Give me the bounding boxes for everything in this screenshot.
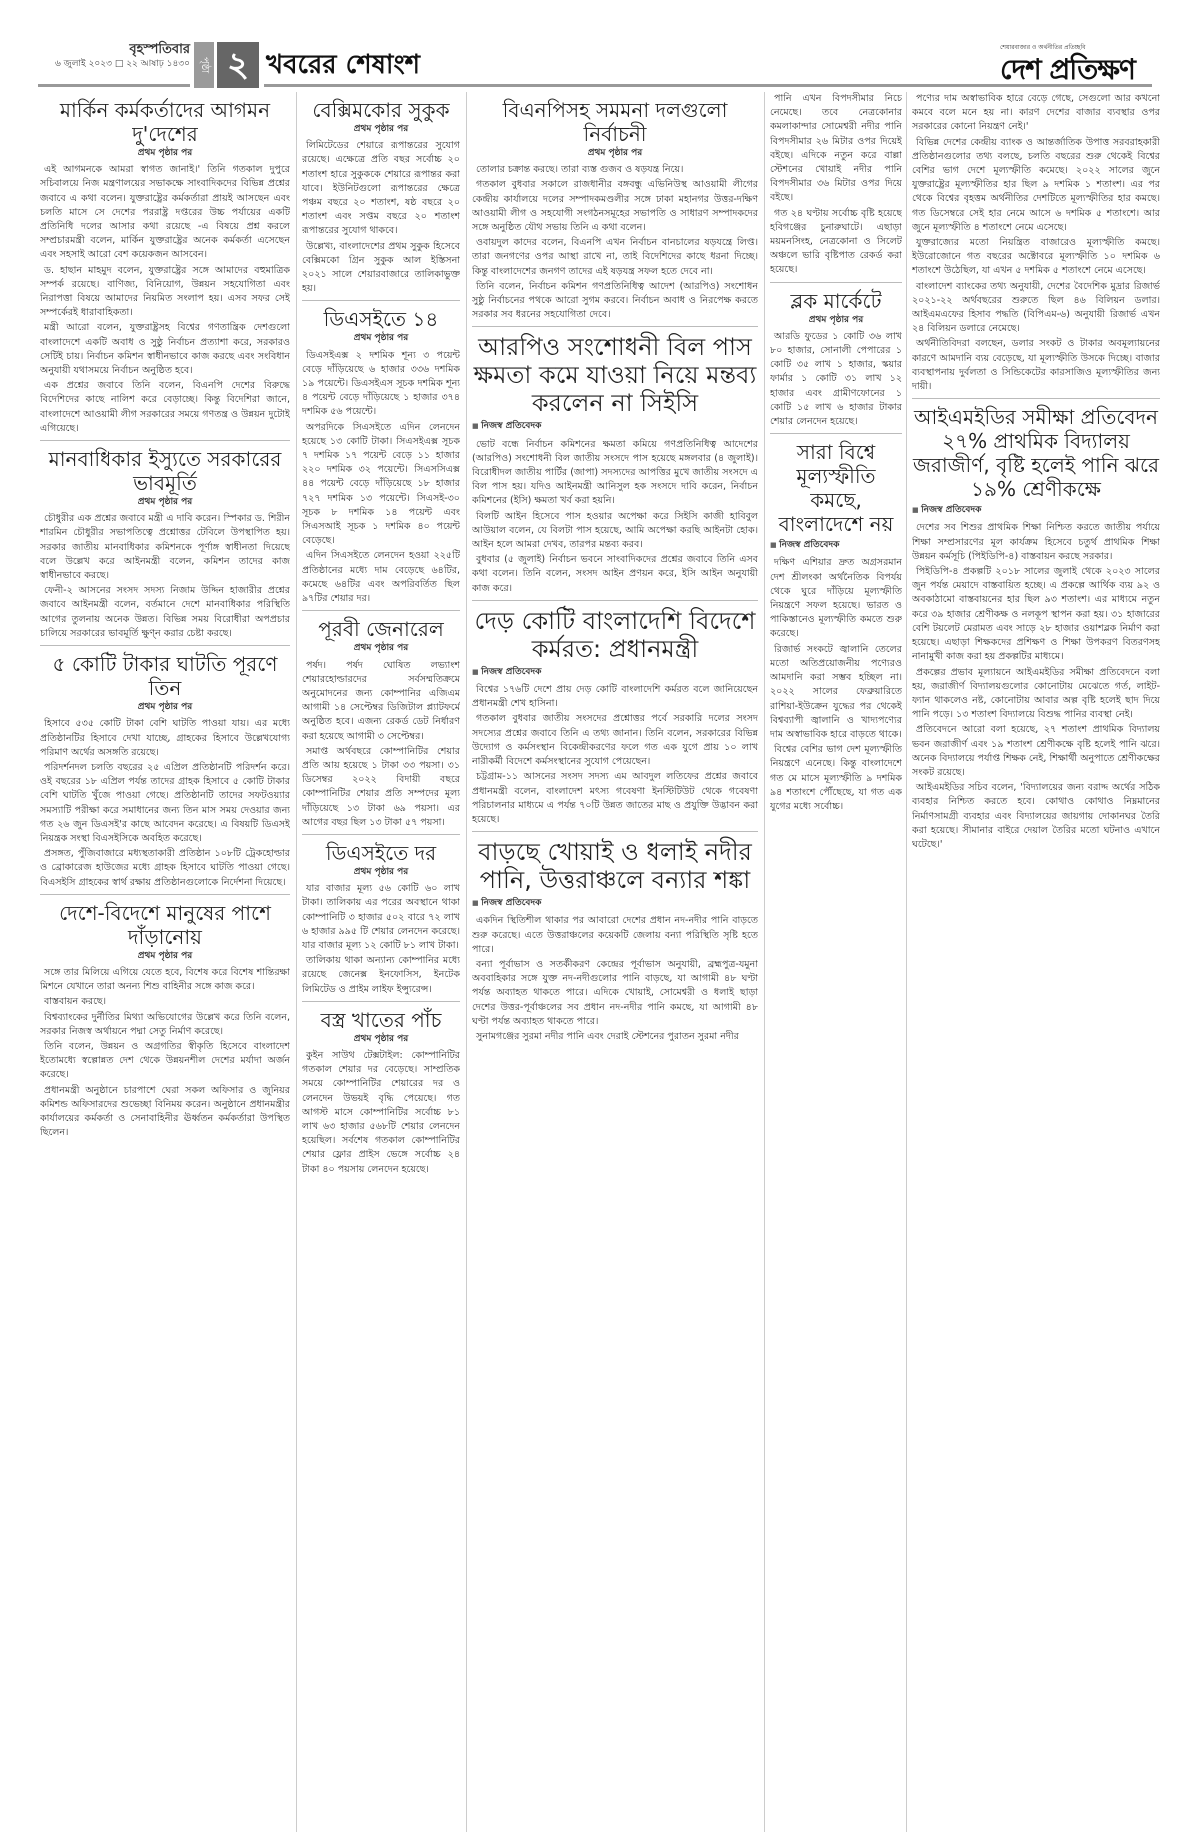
paragraph: তিনি বলেন, উন্নয়ন ও অগ্রগতির স্বীকৃতি হ… [40,1040,290,1083]
paragraph: পিইডিপি-৪ প্রকল্পটি ২০১৮ সালের জুলাই থেক… [912,565,1160,664]
headline[interactable]: বেক্সিমকোর সুকুক [302,98,460,122]
paragraph: দেশের সব শিশুর প্রাথমিক শিক্ষা নিশ্চিত ক… [912,521,1160,564]
byline: নিজস্ব প্রতিবেদক [472,896,758,910]
paragraph: গত ২৪ ঘণ্টায় সর্বোচ্চ বৃষ্টি হয়েছে হবি… [770,207,902,278]
kicker: প্রথম পৃষ্ঠার পর [302,641,460,655]
headline[interactable]: ডিএসইতে ১৪ [302,307,460,331]
article-dse-14: ডিএসইতে ১৪ প্রথম পৃষ্ঠার পর ডিএসইএক্স ২ … [302,307,460,606]
paragraph: চট্টগ্রাম-১১ আসনের সংসদ সদস্য এম আবদুল ল… [472,770,758,827]
article-beximco-sukuk: বেক্সিমকোর সুকুক প্রথম পৃষ্ঠার পর লিমিটে… [302,98,460,296]
paragraph: বিলটি আইন হিসেবে পাস হওয়ার অপেক্ষা করে … [472,510,758,553]
headline[interactable]: ৫ কোটি টাকার ঘাটতি পূরণে তিন [40,652,290,700]
paragraph: বিশ্বের বেশির ভাগ দেশ মূল্যস্ফীতি নিয়ন্… [770,743,902,814]
paragraph: প্রতিবেদনে আরো বলা হয়েছে, ২৭ শতাংশ প্রা… [912,723,1160,780]
paragraph: ড. হাছান মাহমুদ বলেন, যুক্তরাষ্ট্রের সঙ্… [40,264,290,321]
paragraph: অপরদিকে সিএসইতে এদিন লেনদেন হয়েছে ১৩ কো… [302,421,460,549]
paragraph: গতকাল বুধবার জাতীয় সংসদের প্রশ্নোত্তর প… [472,712,758,769]
newspaper-logo: দেশ প্রতিক্ষণ [1000,48,1135,95]
article-beside-people: দেশে-বিদেশে মানুষের পাশে দাঁড়ানোয় প্রথ… [40,901,290,1141]
kicker: প্রথম পৃষ্ঠার পর [40,146,290,160]
paragraph: বিশ্বব্যাংকের দুর্নীতির মিথ্যা অভিযোগের … [40,1011,290,1039]
headline[interactable]: বিএনপিসহ সমমনা দলগুলো নির্বাচনী [472,98,758,146]
masthead: বৃহস্পতিবার ৬ জুলাই ২০২৩ □ ২২ আষাঢ় ১৪৩০… [0,0,1200,85]
paragraph: একদিন স্থিতিশীল থাকার পর আবারো দেশের প্র… [472,914,758,957]
paragraph: অর্থনীতিবিদরা বলছেন, ডলার সংকট ও টাকার অ… [912,337,1160,394]
article-block-market: ব্লক মার্কেটে প্রথম পৃষ্ঠার পর আরডি ফুডে… [770,289,902,430]
page-label: পৃষ্ঠা [194,42,214,88]
paragraph: বাস্তবায়ন করছে। [40,995,290,1009]
article-expatriates: দেড় কোটি বাংলাদেশি বিদেশে কর্মরত: প্রধা… [472,607,758,827]
paragraph: ফেনী-২ আসনের সংসদ সদস্য নিজাম উদ্দিন হাজ… [40,584,290,641]
paragraph: তালিকায় থাকা অন্যান্য কোম্পানির মধ্যে র… [302,954,460,997]
article-human-rights: মানবাধিকার ইস্যুতে সরকারের ভাবমূর্তি প্র… [40,447,290,641]
headline[interactable]: ডিএসইতে দর [302,841,460,865]
kicker: প্রথম পৃষ্ঠার পর [302,865,460,879]
divider [40,645,290,646]
column-2: বেক্সিমকোর সুকুক প্রথম পৃষ্ঠার পর লিমিটে… [302,92,460,1832]
headline[interactable]: পূরবী জেনারেল [302,617,460,641]
article-global-inflation: সারা বিশ্বে মূল্যস্ফীতি কমছে, বাংলাদেশে … [770,440,902,814]
paragraph: গতকাল বুধবার সকালে রাজধানীর বঙ্গবন্ধু এভ… [472,178,758,235]
divider [472,600,758,601]
column-4: পানি এখন বিপদসীমার নিচে নেমেছে। তবে নেত্… [770,92,902,1832]
divider [40,440,290,441]
article-textile-five: বস্ত্র খাতের পাঁচ প্রথম পৃষ্ঠার পর কুইন … [302,1008,460,1177]
paragraph: তিনি বলেন, নির্বাচন কমিশন গণপ্রতিনিধিত্ব… [472,280,758,323]
kicker: প্রথম পৃষ্ঠার পর [40,495,290,509]
byline: নিজস্ব প্রতিবেদক [912,503,1160,517]
column-3: বিএনপিসহ সমমনা দলগুলো নির্বাচনী প্রথম পৃ… [472,92,758,1832]
article-rivers-flood: বাড়ছে খোয়াই ও ধলাই নদীর পানি, উত্তরাঞ্… [472,838,758,1044]
column-rule [296,92,297,1832]
article-purabi-general: পূরবী জেনারেল প্রথম পৃষ্ঠার পর পর্ষদ। পর… [302,617,460,830]
paragraph: বাংলাদেশ ব্যাংকের তথ্য অনুযায়ী, দেশের ব… [912,280,1160,337]
page-number: ২ [217,42,259,88]
paragraph: বিশ্বের ১৭৬টি দেশে প্রায় দেড় কোটি বাংল… [472,683,758,711]
paragraph: কুইন সাউথ টেক্সটাইল: কোম্পানিটির গতকাল শ… [302,1049,460,1177]
article-us-officials: মার্কিন কর্মকর্তাদের আগমন দু'দেশের প্রথম… [40,98,290,436]
paragraph: রিজার্ভ সংকটে জ্বালানি তেলের মতো অতিপ্রয… [770,643,902,742]
paragraph: সঙ্গে তার মিলিয়ে এগিয়ে যেতে হবে, বিশেষ… [40,966,290,994]
paragraph: দক্ষিণ এশিয়ার দ্রুত অগ্রসরমান দেশ শ্রীল… [770,556,902,641]
paragraph: পণ্যের দাম অস্বাভাবিক হারে বেড়ে গেছে, স… [912,92,1160,135]
headline[interactable]: দেশে-বিদেশে মানুষের পাশে দাঁড়ানোয় [40,901,290,949]
headline[interactable]: বস্ত্র খাতের পাঁচ [302,1008,460,1032]
article-rpo-bill: আরপিও সংশোধনী বিল পাস ক্ষমতা কমে যাওয়া … [472,333,758,595]
kicker: প্রথম পৃষ্ঠার পর [472,146,758,160]
kicker: প্রথম পৃষ্ঠার পর [40,949,290,963]
paragraph: সমাপ্ত অর্থবছরে কোম্পানিটির শেয়ার প্রতি… [302,745,460,830]
paragraph: বিভিন্ন দেশের কেন্দ্রীয় ব্যাংক ও আন্তর্… [912,136,1160,235]
kicker: প্রথম পৃষ্ঠার পর [302,1032,460,1046]
divider [472,326,758,327]
paragraph: সুনামগঞ্জের সুরমা নদীর পানি এবং দেরাই স্… [472,1030,758,1044]
column-5: পণ্যের দাম অস্বাভাবিক হারে বেড়ে গেছে, স… [912,92,1160,1832]
paragraph: আইএমইডির সচিব বলেন, 'বিদ্যালয়ের জন্য বর… [912,781,1160,852]
column-rule [466,92,467,1832]
divider [302,300,460,301]
byline: নিজস্ব প্রতিবেদক [770,538,902,552]
paragraph: প্রসঙ্গত, পুঁজিবাজারে মধ্যস্থতাকারী প্রত… [40,847,290,890]
paragraph: এই আগমনকে আমরা স্বাগত জানাই।' তিনি গতকাল… [40,163,290,262]
paragraph: যুক্তরাজ্যের মতো নিয়ন্ত্রিত বাজারেও মূল… [912,236,1160,279]
divider [770,433,902,434]
paragraph: পর্ষদ। পর্ষদ ঘোষিত লভ্যাংশ শেয়ারহোল্ডার… [302,659,460,744]
divider [40,894,290,895]
paragraph: ভোট বন্ধে নির্বাচন কমিশনের ক্ষমতা কমিয়ে… [472,438,758,509]
headline[interactable]: আরপিও সংশোধনী বিল পাস ক্ষমতা কমে যাওয়া … [472,333,758,417]
article-five-crore-deficit: ৫ কোটি টাকার ঘাটতি পূরণে তিন প্রথম পৃষ্ঠ… [40,652,290,890]
headline[interactable]: আইএমইডির সমীক্ষা প্রতিবেদন ২৭% প্রাথমিক … [912,405,1160,501]
paragraph: মন্ত্রী আরো বলেন, যুক্তরাষ্ট্রসহ বিশ্বের… [40,321,290,378]
issue-date: ৬ জুলাই ২০২৩ □ ২২ আষাঢ় ১৪৩০ [40,56,190,71]
paragraph: বুধবার (৫ জুলাই) নির্বাচন ভবনে সাংবাদিকদ… [472,553,758,596]
headline[interactable]: মার্কিন কর্মকর্তাদের আগমন দু'দেশের [40,98,290,146]
kicker: প্রথম পৃষ্ঠার পর [302,331,460,345]
kicker: প্রথম পৃষ্ঠার পর [770,313,902,327]
column-rule [764,92,765,1832]
byline: নিজস্ব প্রতিবেদক [472,665,758,679]
divider [912,398,1160,399]
paragraph: লিমিটেডের শেয়ারে রূপান্তরের সুযোগ রয়েছ… [302,139,460,238]
article-imed-survey: আইএমইডির সমীক্ষা প্রতিবেদন ২৭% প্রাথমিক … [912,405,1160,852]
paragraph: তোলার চক্রান্ত করছে। তারা ব্যস্ত গুজব ও … [472,163,758,177]
paragraph: আরডি ফুডের ১ কোটি ৩৬ লাখ ৮০ হাজার, সোনাল… [770,330,902,429]
masthead-rule-left [38,84,190,87]
divider [302,834,460,835]
section-title: খবরের শেষাংশ [266,44,420,88]
paragraph: ওবায়দুল কাদের বলেন, বিএনপি এখন নির্বাচন… [472,236,758,279]
paragraph: বন্যা পূর্বাভাস ও সতর্কীকরণ কেন্দ্রের পূ… [472,958,758,1029]
headline[interactable]: বাড়ছে খোয়াই ও ধলাই নদীর পানি, উত্তরাঞ্… [472,838,758,894]
divider [302,610,460,611]
divider [770,282,902,283]
column-1: মার্কিন কর্মকর্তাদের আগমন দু'দেশের প্রথম… [40,92,290,1832]
paragraph: ডিএসইএক্স ২ দশমিক শূন্য ৩ পয়েন্ট বেড়ে … [302,349,460,420]
headline[interactable]: সারা বিশ্বে মূল্যস্ফীতি কমছে, বাংলাদেশে … [770,440,902,536]
paragraph: উল্লেখ্য, বাংলাদেশের প্রথম সুকুক হিসেবে … [302,240,460,297]
paragraph: প্রকল্পের প্রভাব মূল্যায়নে আইএমইডির সমী… [912,666,1160,723]
paragraph: পরিদর্শনদল চলতি বছরের ২৫ এপ্রিল প্রতিষ্ঠ… [40,761,290,846]
paragraph: হিসাবে ৫৩৫ কোটি টাকা বেশি ঘাটতি পাওয়া য… [40,717,290,760]
paragraph: যার বাজার মূল্য ৫৬ কোটি ৬০ লাখ টাকা। তাল… [302,882,460,953]
paragraph: প্রধানমন্ত্রী অনুষ্ঠানে চারপাশে ঘেরা সকল… [40,1084,290,1141]
paragraph: পানি এখন বিপদসীমার নিচে নেমেছে। তবে নেত্… [770,92,902,206]
paragraph: চৌধুরীর এক প্রশ্নের জবাবে মন্ত্রী এ দাবি… [40,512,290,583]
paragraph: এদিন সিএসইতে লেনদেন হওয়া ২২৫টি প্রতিষ্ঠ… [302,549,460,606]
paragraph: এক প্রশ্নের জবাবে তিনি বলেন, বিএনপি দেশে… [40,379,290,436]
column-rule [906,92,907,1832]
byline: নিজস্ব প্রতিবেদক [472,419,758,433]
headline[interactable]: মানবাধিকার ইস্যুতে সরকারের ভাবমূর্তি [40,447,290,495]
article-dse-price: ডিএসইতে দর প্রথম পৃষ্ঠার পর যার বাজার মূ… [302,841,460,997]
kicker: প্রথম পৃষ্ঠার পর [302,122,460,136]
kicker: প্রথম পৃষ্ঠার পর [40,700,290,714]
headline[interactable]: ব্লক মার্কেটে [770,289,902,313]
divider [472,831,758,832]
divider [302,1001,460,1002]
headline[interactable]: দেড় কোটি বাংলাদেশি বিদেশে কর্মরত: প্রধা… [472,607,758,663]
article-bnp-elections: বিএনপিসহ সমমনা দলগুলো নির্বাচনী প্রথম পৃ… [472,98,758,322]
